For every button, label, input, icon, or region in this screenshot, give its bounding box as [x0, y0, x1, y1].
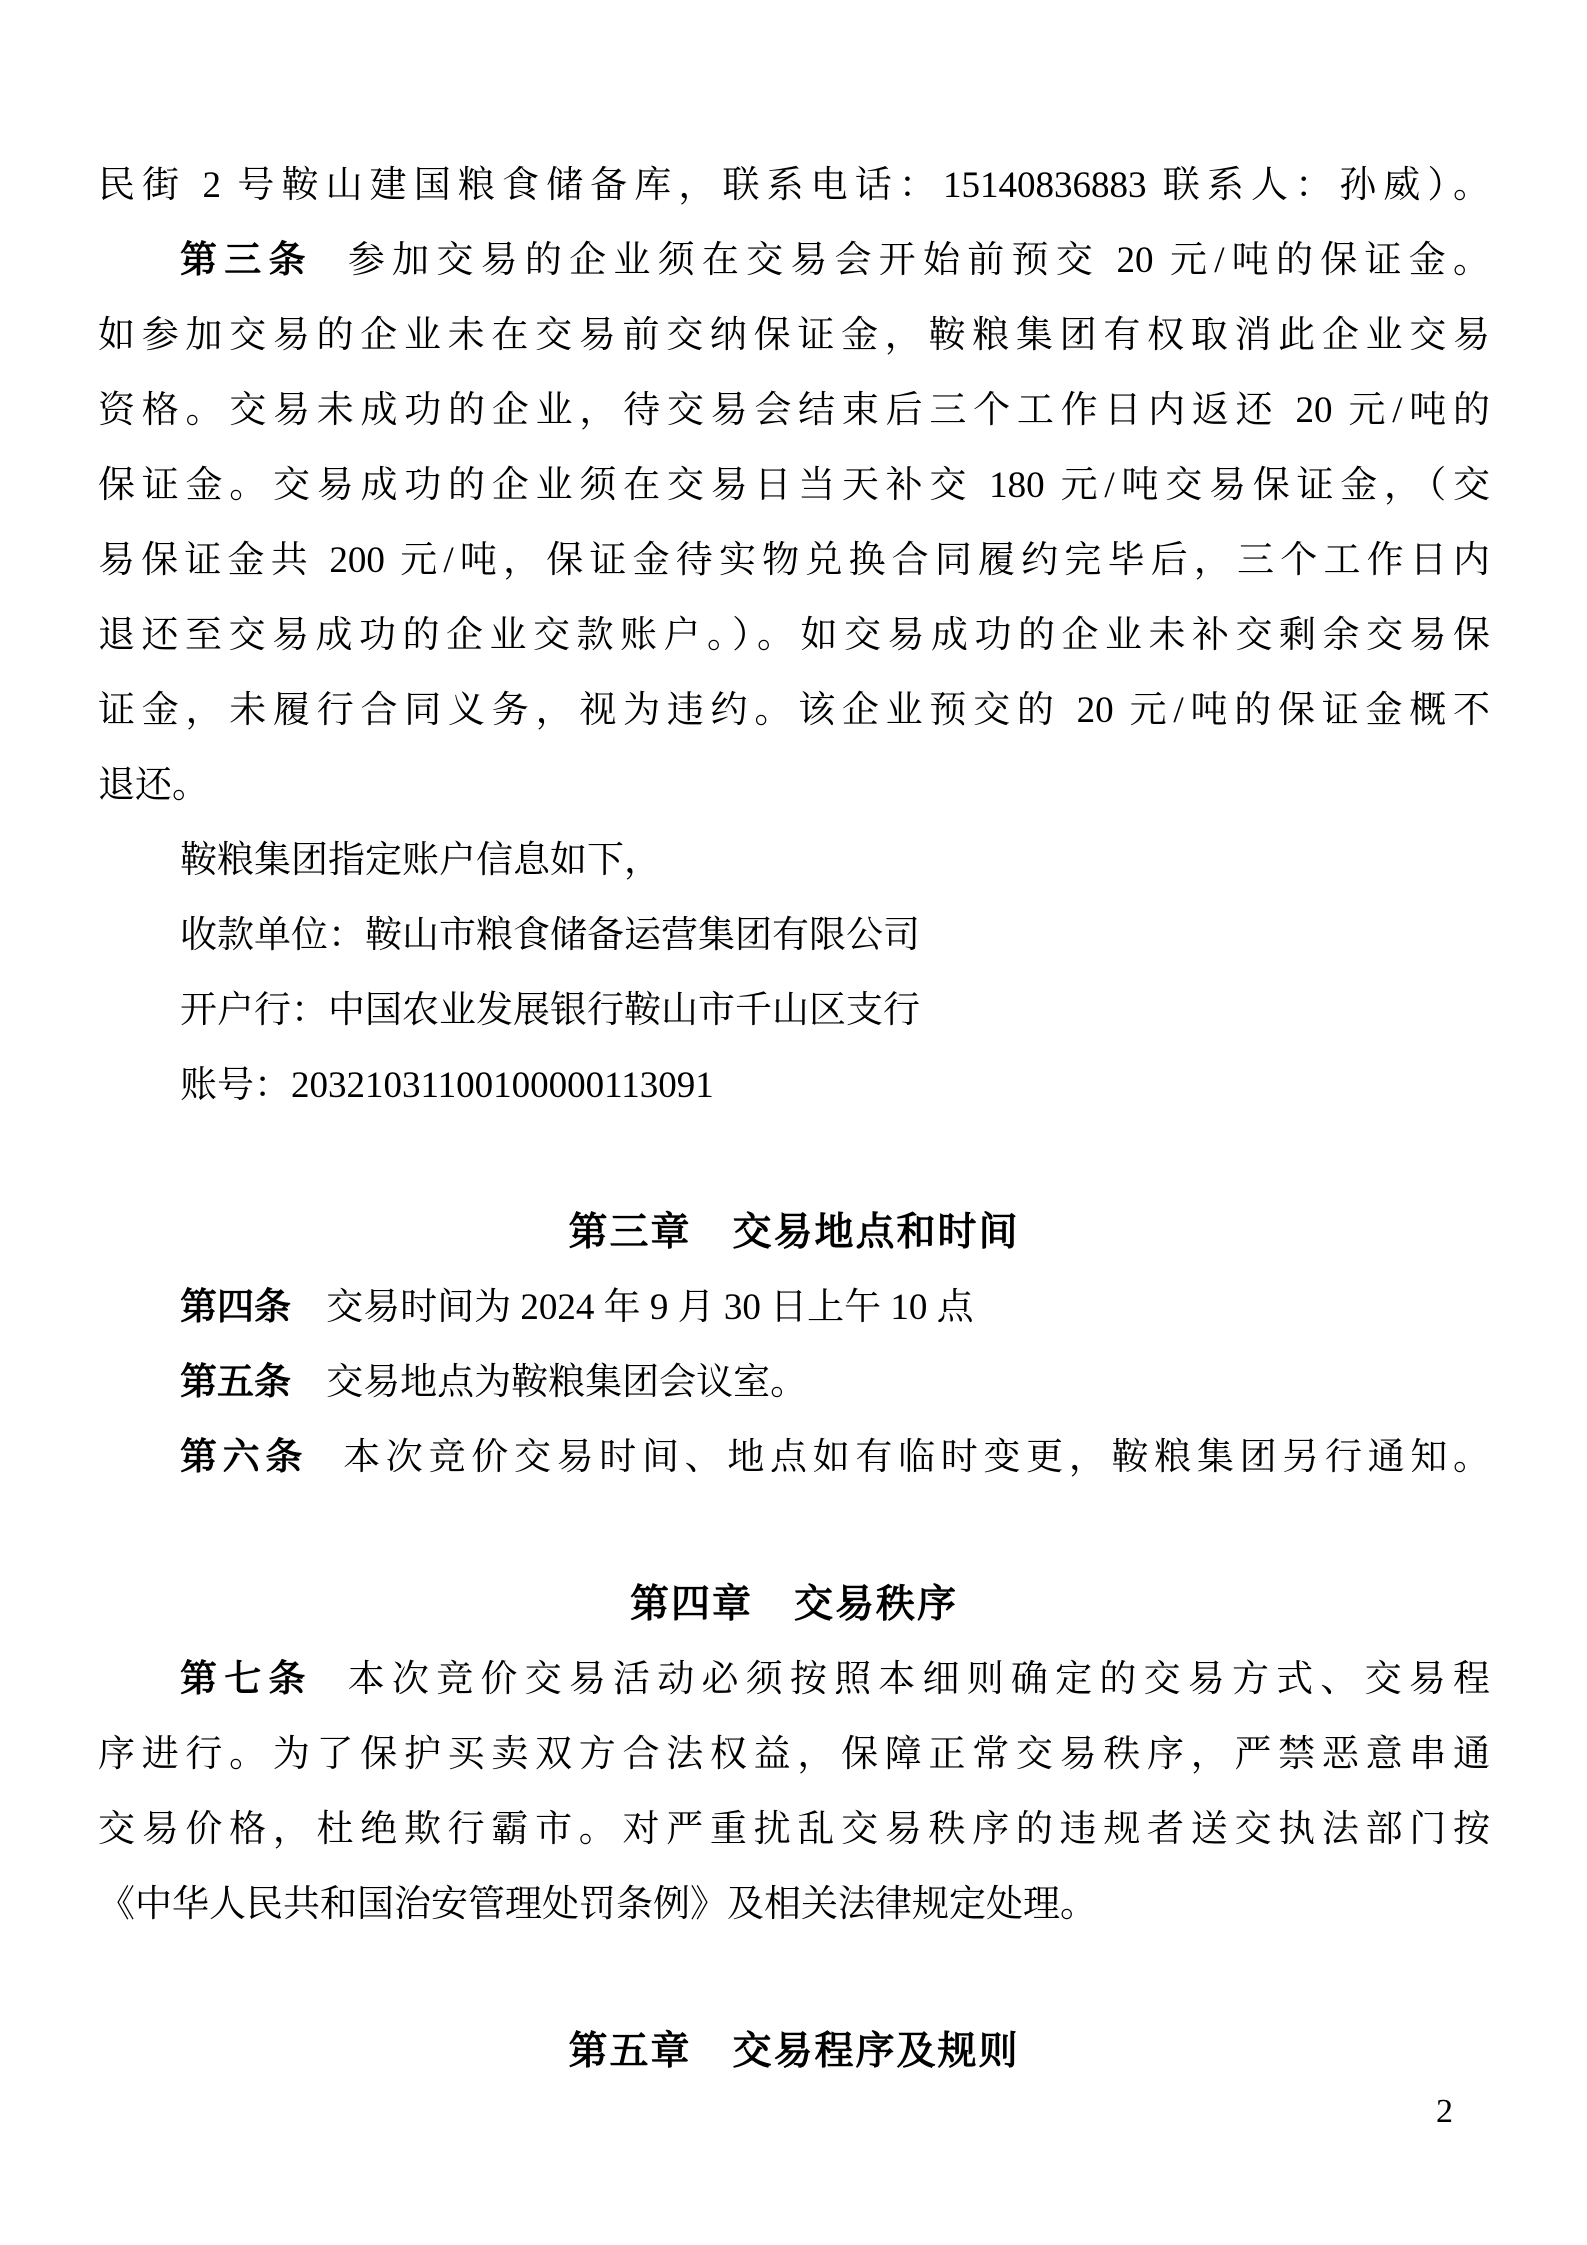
line-text: 本次竞价交易时间、地点如有临时变更，鞍粮集团另行通知。 — [343, 1437, 1490, 1478]
blank-line — [98, 1123, 1490, 1195]
text-line: 第七条本次竞价交易活动必须按照本细则确定的交易方式、交易程 — [98, 1642, 1490, 1717]
text-line: 第三条参加交易的企业须在交易会开始前预交 20 元/吨的保证金。 — [98, 223, 1490, 298]
line-text: 如参加交易的企业未在交易前交纳保证金，鞍粮集团有权取消此企业交易 — [98, 315, 1490, 356]
text-line: 交易价格，杜绝欺行霸市。对严重扰乱交易秩序的违规者送交执法部门按 — [98, 1792, 1490, 1867]
article-number: 第七条 — [180, 1659, 313, 1700]
chapter-heading: 第五章 交易程序及规则 — [98, 2014, 1490, 2089]
text-line: 序进行。为了保护买卖双方合法权益，保障正常交易秩序，严禁恶意串通 — [98, 1717, 1490, 1792]
text-line: 第五条交易地点为鞍粮集团会议室。 — [98, 1345, 1490, 1420]
line-text: 第三章 交易地点和时间 — [568, 1211, 1019, 1254]
line-text: 退还。 — [98, 765, 209, 806]
line-text: 序进行。为了保护买卖双方合法权益，保障正常交易秩序，严禁恶意串通 — [98, 1734, 1490, 1775]
line-text: 易保证金共 200 元/吨，保证金待实物兑换合同履约完毕后，三个工作日内 — [98, 540, 1490, 581]
line-text: 退还至交易成功的企业交款账户。）。如交易成功的企业未补交剩余交易保 — [98, 615, 1490, 656]
line-text: 收款单位：鞍山市粮食储备运营集团有限公司 — [180, 915, 920, 956]
line-text: 第五章 交易程序及规则 — [568, 2030, 1019, 2073]
line-text: 《中华人民共和国治安管理处罚条例》及相关法律规定处理。 — [98, 1884, 1097, 1925]
line-text: 交易时间为 2024 年 9 月 30 日上午 10 点 — [326, 1287, 974, 1328]
text-line: 账号：20321031100100000113091 — [98, 1048, 1490, 1123]
text-line: 《中华人民共和国治安管理处罚条例》及相关法律规定处理。 — [98, 1867, 1490, 1942]
document-page: 民街 2 号鞍山建国粮食储备库，联系电话：15140836883 联系人：孙威）… — [0, 0, 1587, 2245]
line-text: 资格。交易未成功的企业，待交易会结束后三个工作日内返还 20 元/吨的 — [98, 390, 1490, 431]
text-line: 易保证金共 200 元/吨，保证金待实物兑换合同履约完毕后，三个工作日内 — [98, 523, 1490, 598]
text-line: 退还至交易成功的企业交款账户。）。如交易成功的企业未补交剩余交易保 — [98, 598, 1490, 673]
chapter-heading: 第三章 交易地点和时间 — [98, 1195, 1490, 1270]
text-line: 开户行：中国农业发展银行鞍山市千山区支行 — [98, 973, 1490, 1048]
article-number: 第三条 — [180, 240, 313, 281]
blank-line — [98, 1942, 1490, 2014]
page-number: 2 — [1436, 2092, 1453, 2132]
line-text: 账号：20321031100100000113091 — [180, 1065, 714, 1106]
document-content: 民街 2 号鞍山建国粮食储备库，联系电话：15140836883 联系人：孙威）… — [98, 148, 1490, 2089]
text-line: 资格。交易未成功的企业，待交易会结束后三个工作日内返还 20 元/吨的 — [98, 373, 1490, 448]
line-text: 开户行：中国农业发展银行鞍山市千山区支行 — [180, 990, 920, 1031]
text-line: 收款单位：鞍山市粮食储备运营集团有限公司 — [98, 898, 1490, 973]
text-line: 鞍粮集团指定账户信息如下， — [98, 823, 1490, 898]
text-line: 保证金。交易成功的企业须在交易日当天补交 180 元/吨交易保证金，（交 — [98, 448, 1490, 523]
article-number: 第五条 — [180, 1362, 291, 1403]
line-text: 民街 2 号鞍山建国粮食储备库，联系电话：15140836883 联系人：孙威）… — [98, 165, 1490, 206]
article-number: 第六条 — [180, 1437, 308, 1478]
line-text: 鞍粮集团指定账户信息如下， — [180, 840, 661, 881]
text-line: 第六条本次竞价交易时间、地点如有临时变更，鞍粮集团另行通知。 — [98, 1420, 1490, 1495]
text-line: 如参加交易的企业未在交易前交纳保证金，鞍粮集团有权取消此企业交易 — [98, 298, 1490, 373]
blank-line — [98, 1495, 1490, 1567]
line-text: 本次竞价交易活动必须按照本细则确定的交易方式、交易程 — [348, 1659, 1490, 1700]
line-text: 参加交易的企业须在交易会开始前预交 20 元/吨的保证金。 — [348, 240, 1490, 281]
line-text: 第四章 交易秩序 — [630, 1583, 958, 1626]
line-text: 交易地点为鞍粮集团会议室。 — [326, 1362, 807, 1403]
chapter-heading: 第四章 交易秩序 — [98, 1567, 1490, 1642]
text-line: 证金，未履行合同义务，视为违约。该企业预交的 20 元/吨的保证金概不 — [98, 673, 1490, 748]
text-line: 第四条交易时间为 2024 年 9 月 30 日上午 10 点 — [98, 1270, 1490, 1345]
line-text: 证金，未履行合同义务，视为违约。该企业预交的 20 元/吨的保证金概不 — [98, 690, 1490, 731]
text-line: 退还。 — [98, 748, 1490, 823]
article-number: 第四条 — [180, 1287, 291, 1328]
line-text: 保证金。交易成功的企业须在交易日当天补交 180 元/吨交易保证金，（交 — [98, 465, 1490, 506]
text-line: 民街 2 号鞍山建国粮食储备库，联系电话：15140836883 联系人：孙威）… — [98, 148, 1490, 223]
line-text: 交易价格，杜绝欺行霸市。对严重扰乱交易秩序的违规者送交执法部门按 — [98, 1809, 1490, 1850]
